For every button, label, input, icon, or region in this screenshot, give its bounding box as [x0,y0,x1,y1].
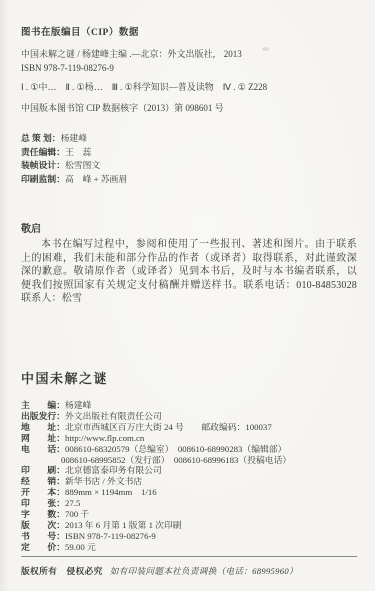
colophon-row: 字 数：700 千 [21,509,357,520]
cip-title-line: 中国未解之谜 / 杨建峰主编 .—北京：外文出版社， 2013 [21,47,357,61]
credit-row: 装帧设计：松雪图文 [21,159,357,173]
colophon-section: 主 编：杨建峰 出版发行：外文出版社有限责任公司 地 址：北京市西城区百万庄大街… [21,400,357,553]
colophon-row: 经 销：新华书店 / 外文书店 [21,476,357,487]
colophon-row-continuation: 008610-68995852（发行部） 008610-68996183（投稿电… [21,455,357,466]
footer: 版权所有 侵权必究如有印装问题本社负责调换（电话：68995960） [21,565,357,577]
colophon-label: 地 址： [21,422,65,433]
colophon-label: 主 编： [21,400,65,411]
credit-row: 责任编辑：王 蕊 [21,146,357,160]
colophon-label: 定 价： [21,542,65,553]
cip-body: 中国未解之谜 / 杨建峰主编 .—北京：外文出版社， 2013 ISBN 978… [21,47,357,75]
credit-value: 杨建峰 [61,133,87,143]
colophon-label: 版 次： [21,520,65,531]
colophon-row: 印 刷：北京德富泰印务有限公司 [21,465,357,476]
colophon-label: 印 张： [21,498,65,509]
credit-label: 责任编辑： [21,147,65,157]
credit-label: 总 策 划： [21,133,61,143]
copyright-page: 图书在版编目（CIP）数据 中国未解之谜 / 杨建峰主编 .—北京：外文出版社，… [0,0,375,591]
colophon-row: 出版发行：外文出版社有限责任公司 [21,411,357,422]
colophon-row: 地 址：北京市西城区百万庄大街 24 号 邮政编码：100037 [21,422,357,433]
colophon-value: 889mm × 1194mm 1/16 [65,487,157,497]
notice-title: 敬启 [21,223,357,237]
colophon-label: 书 号： [21,531,65,542]
credit-label: 装帧设计： [21,160,65,170]
colophon-label: 经 销： [21,476,65,487]
colophon-value: 700 千 [65,509,89,519]
colophon-value: 008610-68320579（总编室） 008610-68990283（编辑部… [65,444,286,454]
colophon-value: 008610-68995852（发行部） 008610-68996183（投稿电… [61,455,291,465]
colophon-value: http://www.flp.com.cn [65,433,144,443]
exchange-note: 如有印装问题本社负责调换（电话：68995960） [110,566,298,576]
colophon-value: 外文出版社有限责任公司 [65,411,162,421]
colophon-value: 新华书店 / 外文书店 [65,476,142,486]
colophon-value: 北京市西城区百万庄大街 24 号 邮政编码：100037 [65,422,272,432]
colophon-label: 字 数： [21,509,65,520]
colophon-row: 主 编：杨建峰 [21,400,357,411]
rights-statement: 版权所有 侵权必究 [21,566,103,576]
colophon-row: 电 话：008610-68320579（总编室） 008610-68990283… [21,444,357,455]
colophon-value: 北京德富泰印务有限公司 [65,465,162,475]
credit-value: 松雪图文 [65,160,100,170]
colophon-label: 出版发行： [21,411,65,422]
credit-row: 印刷监制：高 峰 + 苏画眉 [21,173,357,187]
credit-row: 总 策 划：杨建峰 [21,132,357,146]
notice-body: 本书在编写过程中，参阅和使用了一些报刊、著述和图片。由于联系上的困难，我们未能和… [21,238,357,306]
colophon-value: 59.00 元 [65,542,96,552]
cip-record-line: 中国版本图书馆 CIP 数据核字（2013）第 098601 号 [21,102,357,115]
cip-classification-line: Ⅰ . ①中… Ⅱ . ①杨… Ⅲ . ①科学知识—普及读物 Ⅳ . ① Z22… [21,81,357,94]
colophon-row: 印 张：27.5 [21,498,357,509]
notice-section: 敬启 本书在编写过程中，参阅和使用了一些报刊、著述和图片。由于联系上的困难，我们… [21,223,357,306]
credits-section: 总 策 划：杨建峰 责任编辑：王 蕊 装帧设计：松雪图文 印刷监制：高 峰 + … [21,132,357,186]
colophon-value: 27.5 [65,498,80,508]
book-title: 中国未解之谜 [21,368,357,387]
colophon-label: 电 话： [21,444,65,455]
colophon-value: 2013 年 6 月第 1 版第 1 次印刷 [65,520,182,530]
cip-isbn-line: ISBN 978-7-119-08276-9 [21,61,357,75]
colophon-row: 定 价：59.00 元 [21,542,357,553]
footer-divider [21,556,357,557]
colophon-value: ISBN 978-7-119-08276-9 [65,531,156,541]
colophon-label: 印 刷： [21,465,65,476]
colophon-value: 杨建峰 [65,400,91,410]
credit-label: 印刷监制： [21,174,65,184]
colophon-label: 网 址： [21,433,65,444]
credit-value: 高 峰 + 苏画眉 [65,174,127,184]
colophon-row: 版 次：2013 年 6 月第 1 版第 1 次印刷 [21,520,357,531]
cip-header: 图书在版编目（CIP）数据 [21,24,357,38]
scan-speck [262,47,269,51]
colophon-row: 网 址：http://www.flp.com.cn [21,433,357,444]
colophon-label: 开 本： [21,487,65,498]
colophon-row: 开 本：889mm × 1194mm 1/16 [21,487,357,498]
colophon-row: 书 号：ISBN 978-7-119-08276-9 [21,531,357,542]
credit-value: 王 蕊 [65,147,91,157]
